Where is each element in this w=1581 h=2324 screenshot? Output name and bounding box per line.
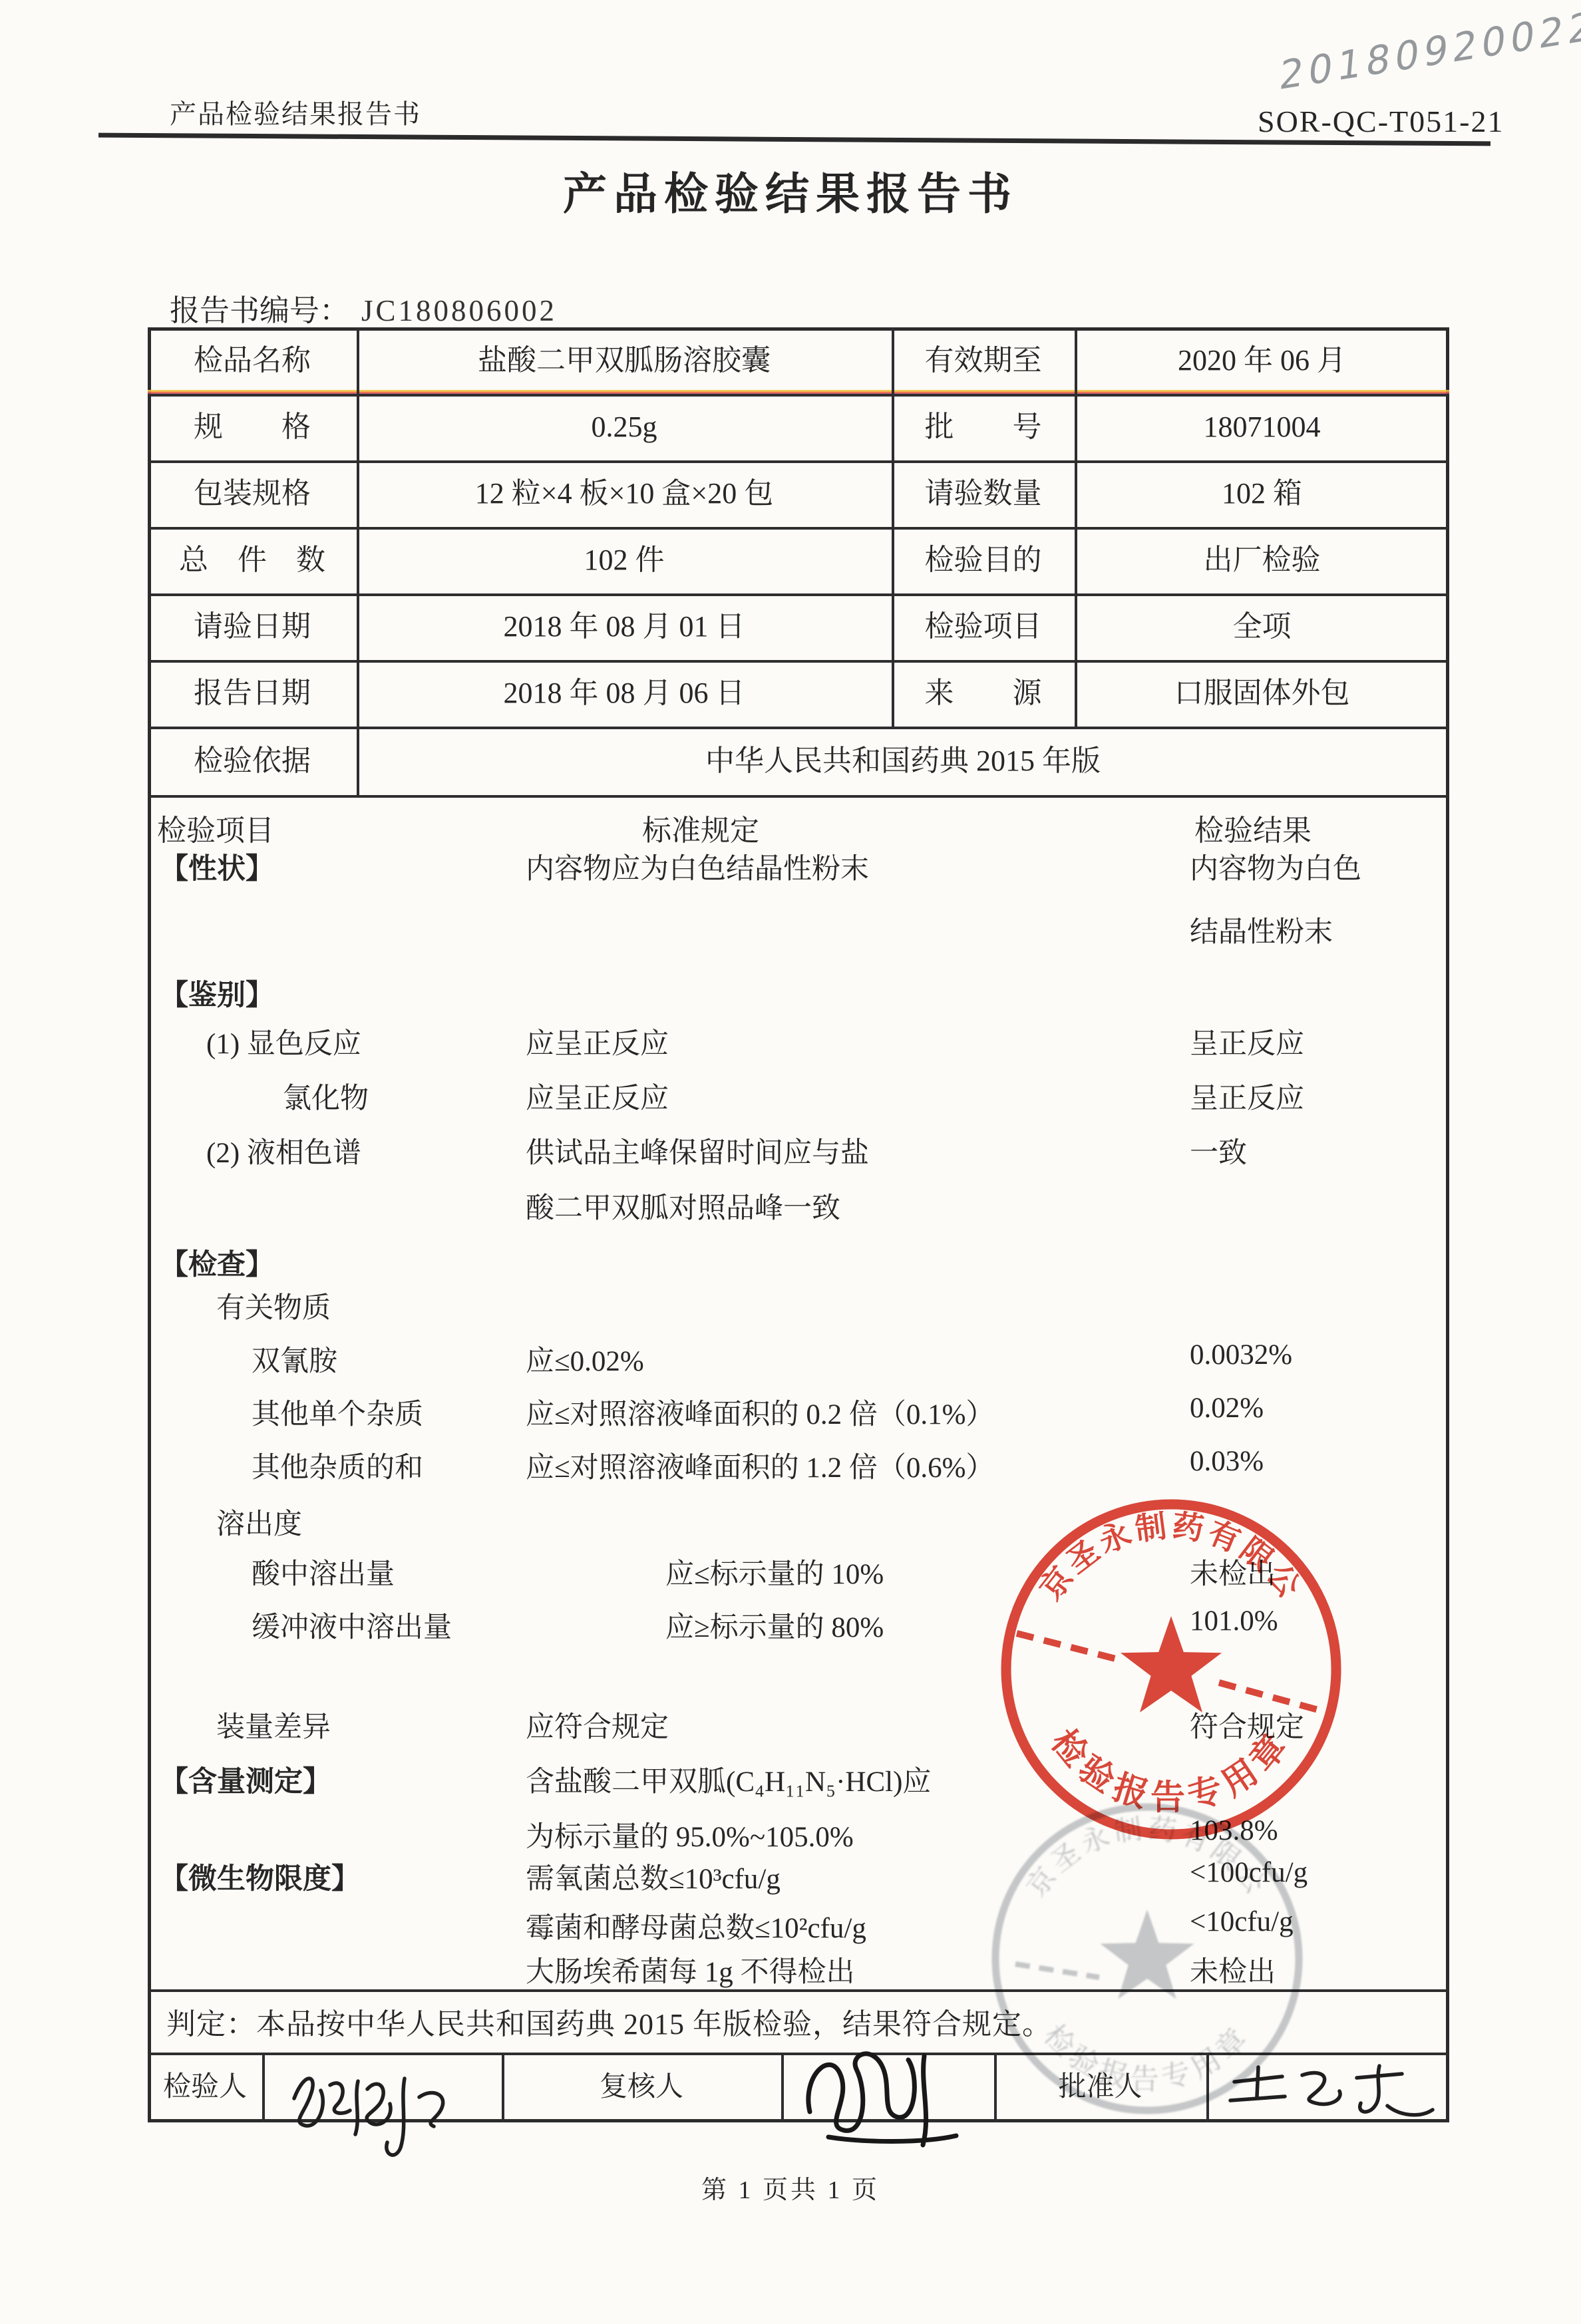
detail-result: 一致 — [1190, 1130, 1247, 1171]
detail-result: 呈正反应 — [1190, 1021, 1304, 1062]
reviewer-signature — [789, 2037, 995, 2160]
info-value: 2020 年 06 月 — [1075, 327, 1449, 394]
detail-spec: 应≤标示量的 10% — [665, 1552, 884, 1592]
detail-spec: 需氧菌总数≤10³cfu/g — [526, 1856, 781, 1897]
detail-row: 大肠埃希菌每 1g 不得检出 未检出 — [0, 1949, 1581, 1997]
info-value: 2018 年 08 月 01 日 — [357, 593, 892, 660]
detail-item: 有关物质 — [216, 1285, 331, 1326]
detail-row: 【检查】 — [0, 1242, 1581, 1290]
detail-spec: 应≥标示量的 80% — [665, 1605, 884, 1645]
report-number-line: 报告书编号：JC180806002 — [170, 286, 557, 329]
info-value: 盐酸二甲双胍肠溶胶囊 — [357, 327, 892, 394]
header-form-code: SOR-QC-T051-21 — [1258, 104, 1504, 139]
detail-spec: 应呈正反应 — [526, 1076, 669, 1116]
detail-result: 0.03% — [1190, 1445, 1264, 1478]
detail-spec: 酸二甲双胍对照品峰一致 — [526, 1186, 840, 1226]
grid-line — [148, 795, 1449, 798]
detail-item: 双氰胺 — [252, 1339, 337, 1379]
detail-result: 0.02% — [1190, 1392, 1264, 1424]
detail-row: 霉菌和酵母菌总数≤10²cfu/g <10cfu/g — [0, 1906, 1581, 1953]
inspection-report-page: 产品检验结果报告书 20180920022 SOR-QC-T051-21 产品检… — [0, 0, 1581, 2324]
page-title: 产品检验结果报告书 — [0, 158, 1581, 222]
detail-item: 【微生物限度】 — [160, 1856, 360, 1897]
info-value: 12 粒×4 板×10 盒×20 包 — [357, 460, 892, 527]
detail-item: (2) 液相色谱 — [206, 1130, 361, 1171]
info-label: 来 源 — [892, 660, 1075, 727]
detail-row: 【鉴别】 — [0, 973, 1581, 1021]
detail-header-result: 检验结果 — [1194, 806, 1312, 849]
detail-item: 酸中溶出量 — [252, 1552, 395, 1592]
detail-result: 0.0032% — [1190, 1339, 1292, 1371]
info-value: 102 件 — [357, 527, 892, 593]
info-label: 总 件 数 — [148, 527, 357, 593]
ghost-stamp: 北京圣永制药有限公司 检验报告专用章 — [986, 1798, 1308, 2120]
ghost-stamp-seal-type: 检验报告专用章 — [1037, 2019, 1257, 2096]
info-label: 检验目的 — [892, 527, 1075, 593]
detail-item: 其他单个杂质 — [252, 1392, 423, 1432]
detail-header-item: 检验项目 — [157, 806, 274, 849]
detail-row: (2) 液相色谱 供试品主峰保留时间应与盐 一致 — [0, 1130, 1581, 1178]
info-value: 中华人民共和国药典 2015 年版 — [357, 727, 1449, 795]
info-value: 0.25g — [357, 394, 892, 460]
detail-row: 酸二甲双胍对照品峰一致 — [0, 1186, 1581, 1234]
grid-line — [781, 2053, 784, 2122]
info-label: 报告日期 — [148, 660, 357, 727]
detail-row: 结晶性粉末 — [0, 910, 1581, 957]
detail-item: 【检查】 — [160, 1242, 274, 1283]
detail-row: 其他杂质的和 应≤对照溶液峰面积的 1.2 倍（0.6%） 0.03% — [0, 1445, 1581, 1493]
detail-item: (1) 显色反应 — [206, 1021, 361, 1062]
detail-spec: 含盐酸二甲双胍(C₄H₁₁N₅·HCl)应 — [526, 1759, 931, 1800]
detail-result: 结晶性粉末 — [1190, 910, 1333, 950]
detail-header-spec: 标准规定 — [642, 806, 759, 849]
detail-spec: 为标示量的 95.0%~105.0% — [526, 1814, 854, 1855]
info-value: 2018 年 08 月 06 日 — [357, 660, 892, 727]
detail-item: 其他杂质的和 — [252, 1445, 423, 1486]
info-label: 请验数量 — [892, 460, 1075, 527]
page-number: 第 1 页共 1 页 — [0, 2169, 1581, 2206]
header-doc-type: 产品检验结果报告书 — [170, 93, 421, 131]
info-label: 检验项目 — [892, 593, 1075, 660]
info-label: 规 格 — [148, 394, 357, 460]
detail-spec: 霉菌和酵母菌总数≤10²cfu/g — [526, 1906, 866, 1946]
detail-item: 【鉴别】 — [160, 973, 274, 1013]
detail-spec: 供试品主峰保留时间应与盐 — [526, 1130, 869, 1171]
detail-row: 其他单个杂质 应≤对照溶液峰面积的 0.2 倍（0.1%） 0.02% — [0, 1392, 1581, 1440]
detail-spec: 大肠埃希菌每 1g 不得检出 — [526, 1949, 855, 1990]
detail-row: 双氰胺 应≤0.02% 0.0032% — [0, 1339, 1581, 1387]
ghost-stamp-star — [1100, 1909, 1194, 1999]
reviewer-label: 复核人 — [502, 2053, 781, 2122]
info-label: 检验依据 — [148, 727, 357, 795]
detail-spec: 应≤对照溶液峰面积的 1.2 倍（0.6%） — [526, 1445, 994, 1486]
info-label: 批 号 — [892, 394, 1075, 460]
info-value: 出厂检验 — [1075, 527, 1449, 593]
info-label: 检品名称 — [148, 327, 357, 394]
detail-item: 氯化物 — [283, 1076, 369, 1116]
stamp-star — [1121, 1616, 1222, 1713]
info-value: 102 箱 — [1075, 460, 1449, 527]
report-number-label: 报告书编号： — [170, 294, 349, 327]
detail-row: 氯化物 应呈正反应 呈正反应 — [0, 1076, 1581, 1124]
detail-spec: 应≤0.02% — [526, 1339, 644, 1379]
svg-text:检验报告专用章: 检验报告专用章 — [1037, 2019, 1257, 2096]
info-label: 请验日期 — [148, 593, 357, 660]
info-value: 口服固体外包 — [1075, 660, 1449, 727]
detail-row: 有关物质 — [0, 1285, 1581, 1333]
detail-item: 【性状】 — [160, 846, 274, 887]
info-label: 包装规格 — [148, 460, 357, 527]
verdict-statement: 判定：本品按中华人民共和国药典 2015 年版检验，结果符合规定。 — [166, 2000, 1052, 2043]
handwritten-serial-number: 20180920022 — [1278, 2, 1581, 98]
detail-item: 缓冲液中溶出量 — [252, 1605, 452, 1645]
report-number-value: JC180806002 — [361, 294, 557, 327]
detail-row: 【微生物限度】 需氧菌总数≤10³cfu/g <100cfu/g — [0, 1856, 1581, 1904]
detail-row: (1) 显色反应 应呈正反应 呈正反应 — [0, 1021, 1581, 1069]
detail-spec: 应≤对照溶液峰面积的 0.2 倍（0.1%） — [526, 1392, 994, 1432]
detail-row: 【性状】 内容物应为白色结晶性粉末 内容物为白色 — [0, 846, 1581, 894]
info-value: 18071004 — [1075, 394, 1449, 460]
info-label: 有效期至 — [892, 327, 1075, 394]
detail-item: 溶出度 — [216, 1502, 302, 1542]
grid-line — [262, 2053, 265, 2122]
detail-spec: 内容物应为白色结晶性粉末 — [526, 846, 869, 887]
detail-result: 内容物为白色 — [1190, 846, 1361, 887]
detail-spec: 应呈正反应 — [526, 1021, 669, 1062]
info-value: 全项 — [1075, 593, 1449, 660]
inspector-signature — [279, 2057, 499, 2164]
inspection-seal-stamp: 北京圣永制药有限公司 检验报告专用章 — [997, 1492, 1345, 1841]
detail-item: 【含量测定】 — [160, 1759, 331, 1800]
detail-item: 装量差异 — [216, 1705, 331, 1745]
detail-result: 呈正反应 — [1190, 1076, 1304, 1116]
detail-spec: 应符合规定 — [526, 1705, 669, 1745]
inspector-label: 检验人 — [148, 2053, 262, 2122]
